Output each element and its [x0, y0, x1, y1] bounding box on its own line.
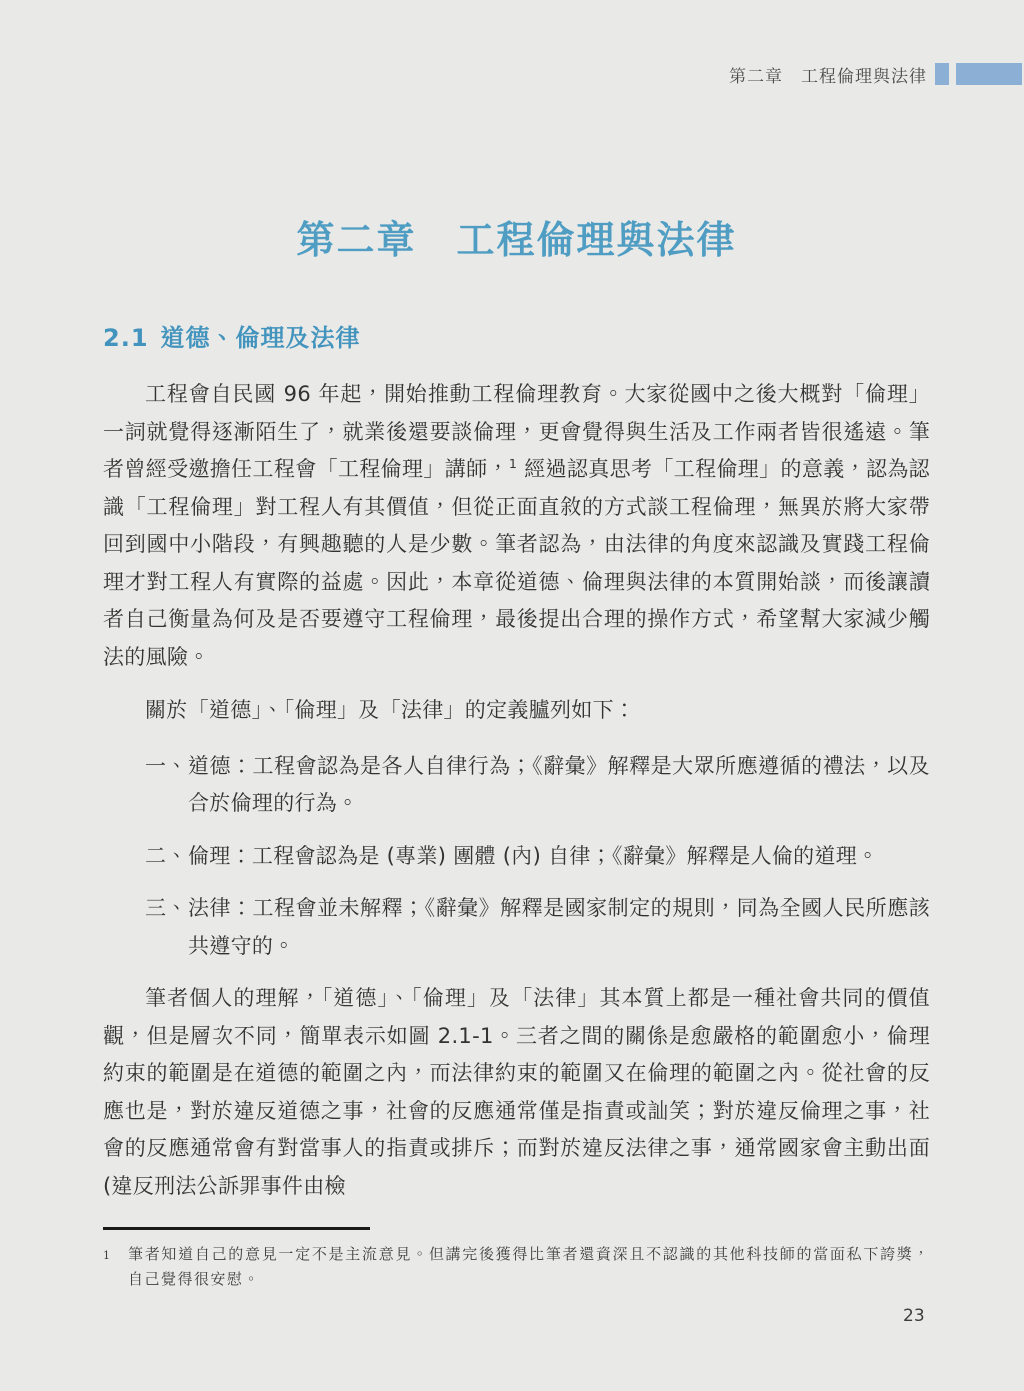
footnote-separator-rule	[103, 1227, 370, 1230]
footnote-text: 筆者知道自己的意見一定不是主流意見。但講完後獲得比筆者還資深且不認識的其他科技師…	[128, 1242, 930, 1292]
running-header-text: 第二章 工程倫理與法律	[729, 62, 927, 87]
page-number: 23	[903, 1306, 925, 1326]
section-heading: 2.1道德、倫理及法律	[103, 324, 930, 353]
definition-list: 一、 道德：工程會認為是各人自律行為；《辭彙》解釋是大眾所應遵循的禮法，以及合於…	[145, 748, 930, 966]
book-page: 第二章 工程倫理與法律 第二章 工程倫理與法律 2.1道德、倫理及法律 工程會自…	[0, 0, 1024, 1391]
list-item-marker: 三、	[145, 890, 188, 965]
section-number: 2.1	[103, 324, 149, 352]
footnote-block: 1 筆者知道自己的意見一定不是主流意見。但講完後獲得比筆者還資深且不認識的其他科…	[103, 1227, 930, 1292]
list-item: 二、 倫理：工程會認為是 (專業) 團體 (內) 自律；《辭彙》解釋是人倫的道理…	[145, 838, 930, 876]
paragraph-3: 筆者個人的理解，「道德」、「倫理」及「法律」其本質上都是一種社會共同的價值觀，但…	[103, 980, 930, 1205]
header-accent-bar	[956, 63, 1022, 85]
list-item-marker: 一、	[145, 748, 188, 823]
chapter-title: 第二章 工程倫理與法律	[103, 218, 930, 264]
footnote-reference: 1	[509, 456, 517, 471]
list-item-marker: 二、	[145, 838, 188, 876]
paragraph-1-text-after-footnote-ref: 經過認真思考「工程倫理」的意義，認為認識「工程倫理」對工程人有其價值，但從正面直…	[103, 457, 930, 669]
running-header: 第二章 工程倫理與法律	[729, 62, 1024, 86]
list-item-text: 倫理：工程會認為是 (專業) 團體 (內) 自律；《辭彙》解釋是人倫的道理。	[188, 838, 930, 876]
footnote-marker: 1	[103, 1242, 128, 1292]
paragraph-2: 關於「道德」、「倫理」及「法律」的定義臚列如下：	[103, 692, 930, 730]
list-item-text: 道德：工程會認為是各人自律行為；《辭彙》解釋是大眾所應遵循的禮法，以及合於倫理的…	[188, 748, 930, 823]
footnote: 1 筆者知道自己的意見一定不是主流意見。但講完後獲得比筆者還資深且不認識的其他科…	[103, 1242, 930, 1292]
paragraph-1: 工程會自民國 96 年起，開始推動工程倫理教育。大家從國中之後大概對「倫理」一詞…	[103, 376, 930, 676]
list-item: 三、 法律：工程會並未解釋；《辭彙》解釋是國家制定的規則，同為全國人民所應該共遵…	[145, 890, 930, 965]
list-item: 一、 道德：工程會認為是各人自律行為；《辭彙》解釋是大眾所應遵循的禮法，以及合於…	[145, 748, 930, 823]
page-content: 第二章 工程倫理與法律 2.1道德、倫理及法律 工程會自民國 96 年起，開始推…	[0, 0, 1024, 1292]
section-title: 道德、倫理及法律	[161, 324, 361, 352]
header-accent-square	[935, 63, 949, 85]
list-item-text: 法律：工程會並未解釋；《辭彙》解釋是國家制定的規則，同為全國人民所應該共遵守的。	[188, 890, 930, 965]
